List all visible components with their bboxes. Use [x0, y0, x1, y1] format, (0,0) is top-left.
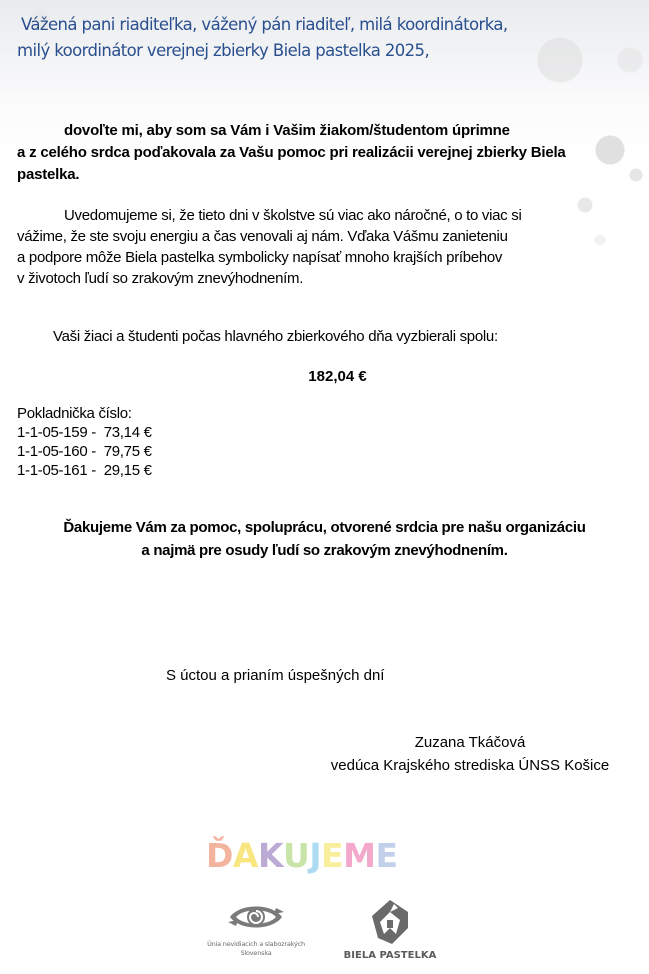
letter: Vážená pani riaditeľka, vážený pán riadi… [0, 0, 649, 974]
greeting: Vážená pani riaditeľka, vážený pán riadi… [17, 12, 637, 64]
dakujeme-letter: E [376, 836, 398, 876]
greeting-line: milý koordinátor verejnej zbierky Biela … [17, 38, 637, 64]
paragraph-line: Uvedomujeme si, že tieto dni v školstve … [17, 205, 637, 226]
thanks-line: a najmä pre osudy ľudí so zrakovým znevý… [0, 539, 649, 562]
biela-pastelka-logo: BIELA PASTELKA [335, 898, 445, 961]
dakujeme-letter: U [283, 836, 309, 876]
signature: Zuzana Tkáčová vedúca Krajského stredisk… [320, 731, 620, 777]
biela-pastelka-caption: BIELA PASTELKA [335, 950, 445, 961]
intro-line: dovoľte mi, aby som sa Vám i Vašim žiako… [17, 120, 637, 142]
unss-caption-line: Slovenska [196, 949, 316, 958]
box-row: 1-1-05-160 - 79,75 € [17, 442, 152, 461]
closing-regards: S úctou a prianím úspešných dní [166, 667, 384, 684]
signer-title: vedúca Krajského strediska ÚNSS Košice [320, 754, 620, 777]
dakujeme-letter: A [233, 836, 258, 876]
collection-intro: Vaši žiaci a študenti počas hlavného zbi… [53, 328, 498, 345]
pencil-house-icon [368, 898, 412, 946]
eye-spiral-icon [228, 900, 284, 934]
box-row: 1-1-05-161 - 29,15 € [17, 461, 152, 480]
box-number: 1-1-05-161 [17, 461, 87, 480]
greeting-line: Vážená pani riaditeľka, vážený pán riadi… [17, 12, 637, 38]
dakujeme-letter: J [309, 836, 321, 876]
intro-paragraph: dovoľte mi, aby som sa Vám i Vašim žiako… [17, 120, 637, 186]
collection-boxes: Pokladnička číslo: 1-1-05-159 - 73,14 € … [17, 404, 152, 480]
thanks-line: Ďakujeme Vám za pomoc, spoluprácu, otvor… [0, 516, 649, 539]
paragraph-line: v životoch ľudí so zrakovým znevýhodnení… [17, 268, 637, 289]
unss-caption-line: Únia nevidiacich a slabozrakých [196, 940, 316, 949]
dakujeme-letter: M [343, 836, 375, 876]
unss-logo: Únia nevidiacich a slabozrakých Slovensk… [196, 900, 316, 958]
paragraph-line: a podpore môže Biela pastelka symbolicky… [17, 247, 637, 268]
box-row: 1-1-05-159 - 73,14 € [17, 423, 152, 442]
thanks-paragraph: Ďakujeme Vám za pomoc, spoluprácu, otvor… [0, 516, 649, 562]
collection-total: 182,04 € [0, 368, 649, 385]
dakujeme-letter: E [321, 836, 343, 876]
dakujeme-letter: Ď [206, 836, 233, 876]
box-number: 1-1-05-159 [17, 423, 87, 442]
intro-line: a z celého srdca poďakovala za Vašu pomo… [17, 142, 637, 164]
unss-caption: Únia nevidiacich a slabozrakých Slovensk… [196, 940, 316, 958]
appreciation-paragraph: Uvedomujeme si, že tieto dni v školstve … [17, 205, 637, 289]
box-amount: 73,14 € [104, 423, 152, 442]
box-number: 1-1-05-160 [17, 442, 87, 461]
dakujeme-banner: ĎAKUJEME [206, 836, 398, 876]
boxes-label: Pokladnička číslo: [17, 404, 152, 423]
intro-line: pastelka. [17, 164, 637, 186]
dakujeme-letter: K [258, 836, 283, 876]
signer-name: Zuzana Tkáčová [320, 731, 620, 754]
box-amount: 79,75 € [104, 442, 152, 461]
paragraph-line: vážime, že ste svoju energiu a čas venov… [17, 226, 637, 247]
box-amount: 29,15 € [104, 461, 152, 480]
